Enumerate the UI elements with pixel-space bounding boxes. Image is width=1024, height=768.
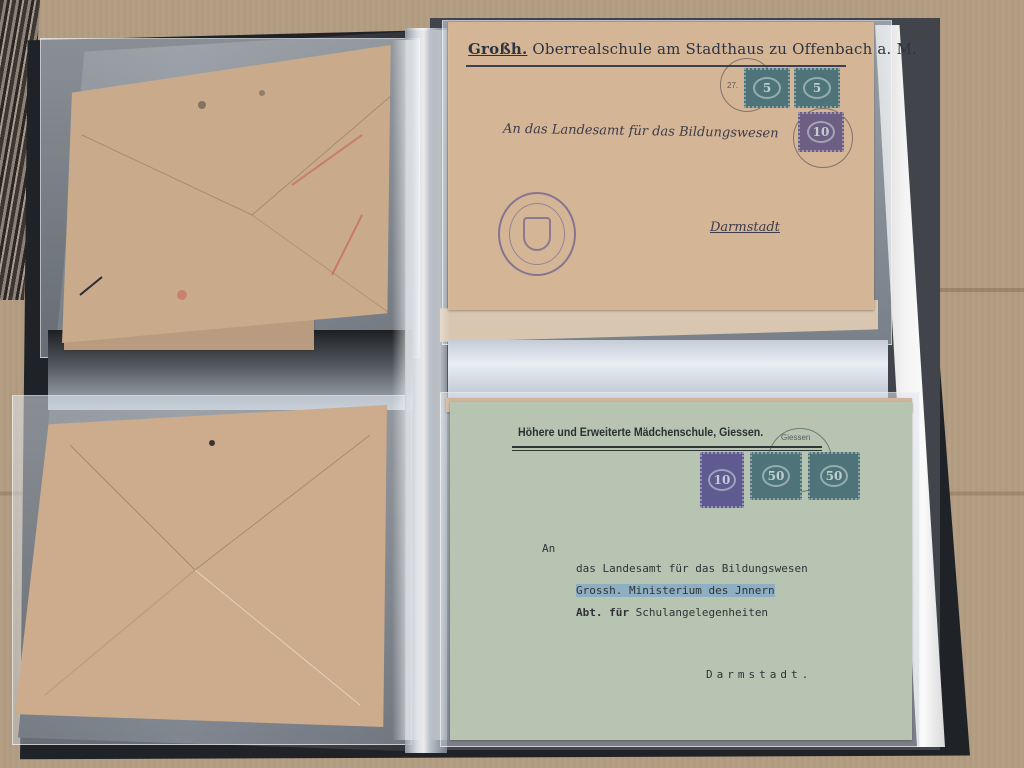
left-bottom-envelope-back xyxy=(15,405,387,727)
sender-header-giessen: Höhere und Erweiterte Mädchenschule, Gie… xyxy=(518,427,763,439)
right-top-envelope: Großh. Oberrealschule am Stadthaus zu Of… xyxy=(448,22,874,310)
address-salutation: An xyxy=(542,542,555,555)
postmark-city: Giessen xyxy=(781,433,810,442)
address-line-1: das Landesamt für das Bildungswesen xyxy=(576,562,808,575)
stamp-teal-1: 50 xyxy=(750,452,802,500)
sender-name: Oberrealschule am Stadthaus zu Offenbach… xyxy=(527,40,917,58)
posthorn-icon: 5 xyxy=(803,77,831,99)
envelope-flap-lines xyxy=(15,405,387,727)
address-line-2: Grossh. Ministerium des Jnnern xyxy=(576,584,775,597)
handwritten-city: Darmstadt xyxy=(710,220,780,235)
stamp-teal-2: 5 xyxy=(794,68,840,108)
address-line-2-text: Grossh. Ministerium des Jnnern xyxy=(576,584,775,597)
address-line-3-bold: Abt. für xyxy=(576,606,629,619)
coat-of-arms-icon xyxy=(523,217,551,251)
left-top-envelope-back xyxy=(62,45,394,343)
sender-prefix: Großh. xyxy=(468,40,527,58)
stamp-violet: 10 xyxy=(798,112,844,152)
posthorn-icon: 10 xyxy=(708,469,736,491)
posthorn-icon: 10 xyxy=(807,121,835,143)
posthorn-icon: 5 xyxy=(753,77,781,99)
postmark-date: 27. xyxy=(727,81,738,90)
stamp-teal-1: 5 xyxy=(744,68,790,108)
right-bottom-envelope: Höhere und Erweiterte Mädchenschule, Gie… xyxy=(450,402,912,740)
posthorn-icon: 50 xyxy=(820,465,848,487)
header-rule xyxy=(466,65,846,67)
envelope-flap-lines xyxy=(62,45,394,343)
right-sleeve-gap xyxy=(448,340,888,400)
posthorn-icon: 50 xyxy=(762,465,790,487)
stamp-teal-2: 50 xyxy=(808,452,860,500)
address-city: Darmstadt. xyxy=(706,668,812,681)
address-line-3: Abt. für Schulangelegenheiten xyxy=(576,606,768,619)
sender-header-offenbach: Großh. Oberrealschule am Stadthaus zu Of… xyxy=(468,40,917,58)
official-seal xyxy=(498,192,576,276)
handwritten-address: An das Landesamt für das Bildungswesen xyxy=(503,122,779,142)
stamp-purple: 10 xyxy=(700,452,744,508)
address-line-3-rest: Schulangelegenheiten xyxy=(629,606,768,619)
